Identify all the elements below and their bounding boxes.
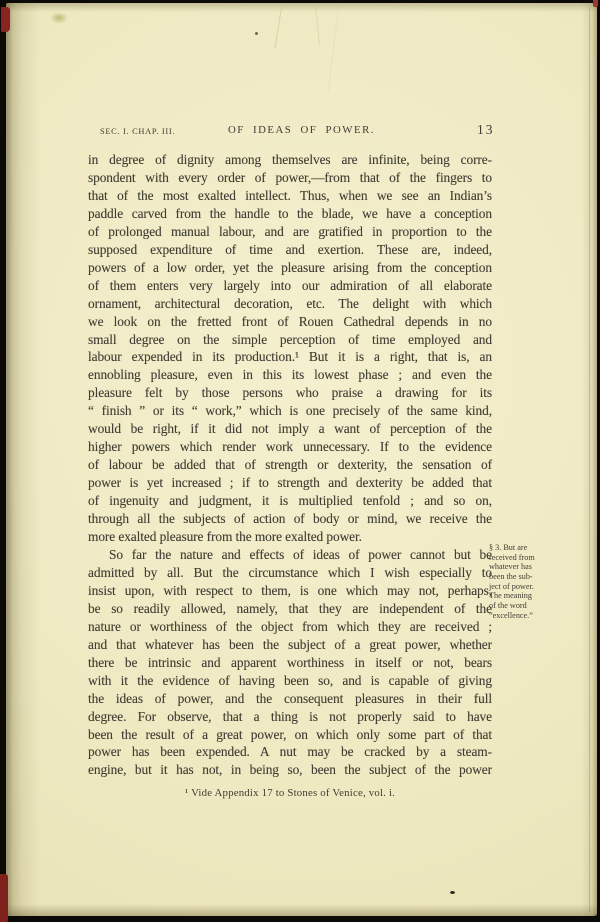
ink-dot xyxy=(255,32,258,35)
text-line: pleasure felt by those persons who prais… xyxy=(88,384,492,402)
text-line: more exalted pleasure from the more exal… xyxy=(88,528,492,546)
text-line: of prolonged manual labour, and are grat… xyxy=(88,223,492,241)
paragraph: in degree of dignity among themselves ar… xyxy=(88,151,492,546)
text-line: of them enters very largely into our adm… xyxy=(88,277,492,295)
text-line: with it the evidence of having been so, … xyxy=(88,672,492,690)
running-title: OF IDEAS OF POWER. xyxy=(6,124,597,136)
scratch-line xyxy=(328,3,340,92)
text-line: power has been expended. A nut may be cr… xyxy=(88,743,492,761)
text-line: would be right, if it did not imply a wa… xyxy=(88,420,492,438)
text-line: and that whatever has been the subject o… xyxy=(88,636,492,654)
ink-dot xyxy=(450,891,455,894)
footnote: ¹ Vide Appendix 17 to Stones of Venice, … xyxy=(88,787,492,799)
text-line: § 3. But are xyxy=(489,543,575,553)
page-edge-shadow-right xyxy=(581,3,597,916)
body-text: in degree of dignity among themselves ar… xyxy=(88,151,492,779)
text-line: small degree on the simple perception of… xyxy=(88,331,492,349)
text-line: of labour be added that of strength or d… xyxy=(88,456,492,474)
text-line: nature or worthiness of the object from … xyxy=(88,618,492,636)
text-line: ornament, architectural decoration, etc.… xyxy=(88,295,492,313)
text-line: paddle carved from the handle to the bla… xyxy=(88,205,492,223)
text-line: higher powers which render work unnecess… xyxy=(88,438,492,456)
scratch-line xyxy=(274,3,282,49)
text-line: “excellence.” xyxy=(489,611,575,621)
text-line: of the word xyxy=(489,601,575,611)
page-edge-shadow-top xyxy=(6,3,597,12)
text-line: there be intrinsic and apparent worthine… xyxy=(88,654,492,672)
book-page: SEC. I. CHAP. III. OF IDEAS OF POWER. 13… xyxy=(6,3,597,916)
text-line: through all the subjects of action of bo… xyxy=(88,510,492,528)
text-line: of ingenuity and judgment, it is multipl… xyxy=(88,492,492,510)
scratch-line xyxy=(315,5,320,45)
text-line: received from xyxy=(489,553,575,563)
text-line: been the sub- xyxy=(489,572,575,582)
text-line: power is yet increased ; if to strength … xyxy=(88,474,492,492)
text-line: labour expended in its production.¹ But … xyxy=(88,348,492,366)
text-line: that of the most exalted intellect. Thus… xyxy=(88,187,492,205)
text-line: whatever has xyxy=(489,562,575,572)
text-line: The meaning xyxy=(489,591,575,601)
text-line: be so readily allowed, namely, that they… xyxy=(88,600,492,618)
text-line: ject of power. xyxy=(489,582,575,592)
text-line: the ideas of power, and the consequent p… xyxy=(88,690,492,708)
text-line: we look on the fretted front of Rouen Ca… xyxy=(88,313,492,331)
page-edge-shadow-bottom xyxy=(6,904,597,916)
text-line: been the result of a great power, on whi… xyxy=(88,726,492,744)
binding-shadow xyxy=(6,3,40,916)
text-line: “ finish ” or its “ work,” which is one … xyxy=(88,402,492,420)
text-line: ennobling pleasure, even in this its low… xyxy=(88,366,492,384)
text-line: admitted by all. But the circumstance wh… xyxy=(88,564,492,582)
text-line: insist upon, with respect to them, is on… xyxy=(88,582,492,600)
smudge xyxy=(50,12,68,24)
paragraph: So far the nature and effects of ideas o… xyxy=(88,546,492,779)
margin-note: § 3. But arereceived fromwhatever hasbee… xyxy=(489,543,575,620)
text-line: degree. For observe, that a thing is not… xyxy=(88,708,492,726)
page-number: 13 xyxy=(477,122,495,138)
page-edge-line xyxy=(589,7,590,912)
text-line: engine, but it has not, in being so, bee… xyxy=(88,761,492,779)
text-line: spondent with every order of power,—from… xyxy=(88,169,492,187)
text-line: in degree of dignity among themselves ar… xyxy=(88,151,492,169)
text-line: supposed expenditure of time and exertio… xyxy=(88,241,492,259)
text-line: So far the nature and effects of ideas o… xyxy=(88,546,492,564)
text-line: powers of a low order, yet the pleasure … xyxy=(88,259,492,277)
